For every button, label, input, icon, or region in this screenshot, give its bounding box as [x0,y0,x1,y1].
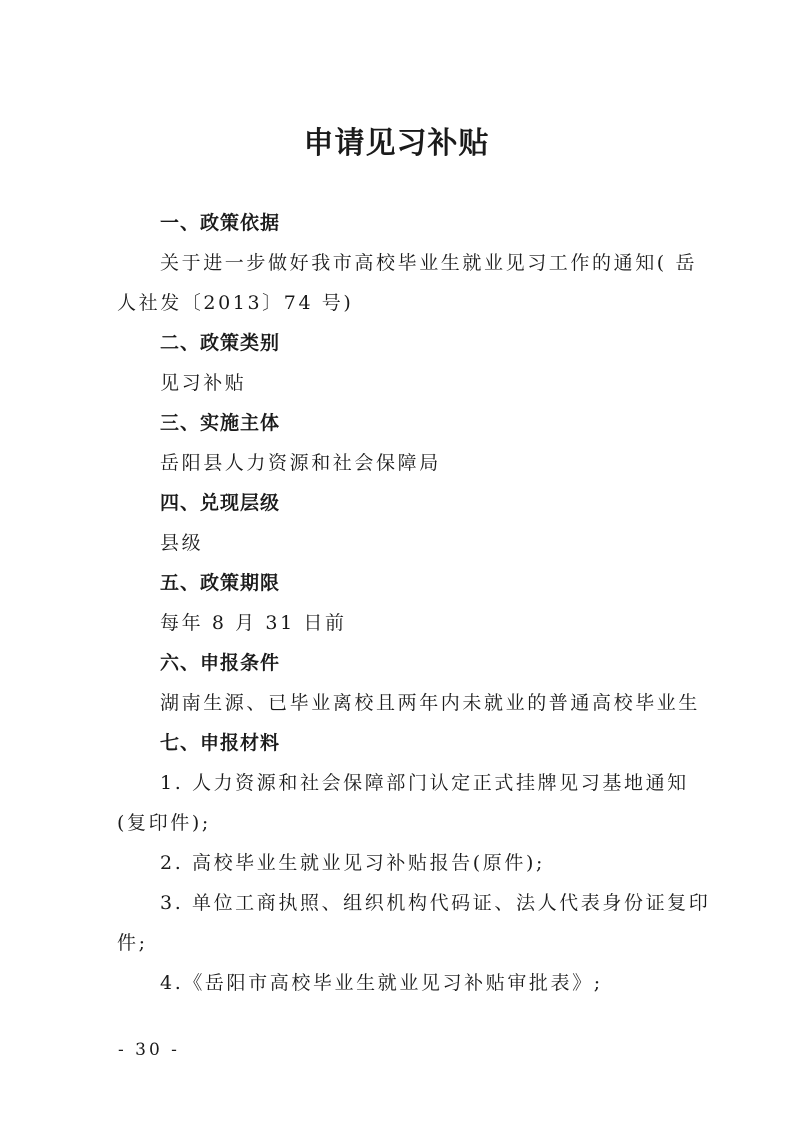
materials-item-4: 4.《岳阳市高校毕业生就业见习补贴审批表》; [160,968,603,995]
eligibility-text: 湖南生源、已毕业离校且两年内未就业的普通高校毕业生 [160,688,700,715]
materials-item-1-line-2: (复印件); [117,808,211,835]
implementing-body-text: 岳阳县人力资源和社会保障局 [160,448,441,475]
section-heading-fulfillment-level: 四、兑现层级 [160,488,280,515]
section-heading-policy-period: 五、政策期限 [160,568,280,595]
materials-item-2: 2. 高校毕业生就业见习补贴报告(原件); [160,848,545,875]
policy-basis-text-line-1: 关于进一步做好我市高校毕业生就业见习工作的通知( 岳 [160,248,697,275]
section-heading-implementing-body: 三、实施主体 [160,408,280,435]
section-heading-materials: 七、申报材料 [160,728,280,755]
policy-category-text: 见习补贴 [160,368,246,395]
materials-item-1-line-1: 1. 人力资源和社会保障部门认定正式挂牌见习基地通知 [160,768,689,795]
materials-item-3-line-2: 件; [117,928,148,955]
fulfillment-level-text: 县级 [160,528,203,555]
materials-item-3-line-1: 3. 单位工商执照、组织机构代码证、法人代表身份证复印 [160,888,710,915]
section-heading-eligibility: 六、申报条件 [160,648,280,675]
section-heading-policy-basis: 一、政策依据 [160,208,280,235]
page-number: - 30 - [118,1040,180,1060]
section-heading-policy-category: 二、政策类别 [160,328,280,355]
policy-basis-text-line-2: 人社发〔2013〕74 号) [117,288,353,315]
document-title: 申请见习补贴 [0,118,793,162]
policy-period-text: 每年 8 月 31 日前 [160,608,347,635]
